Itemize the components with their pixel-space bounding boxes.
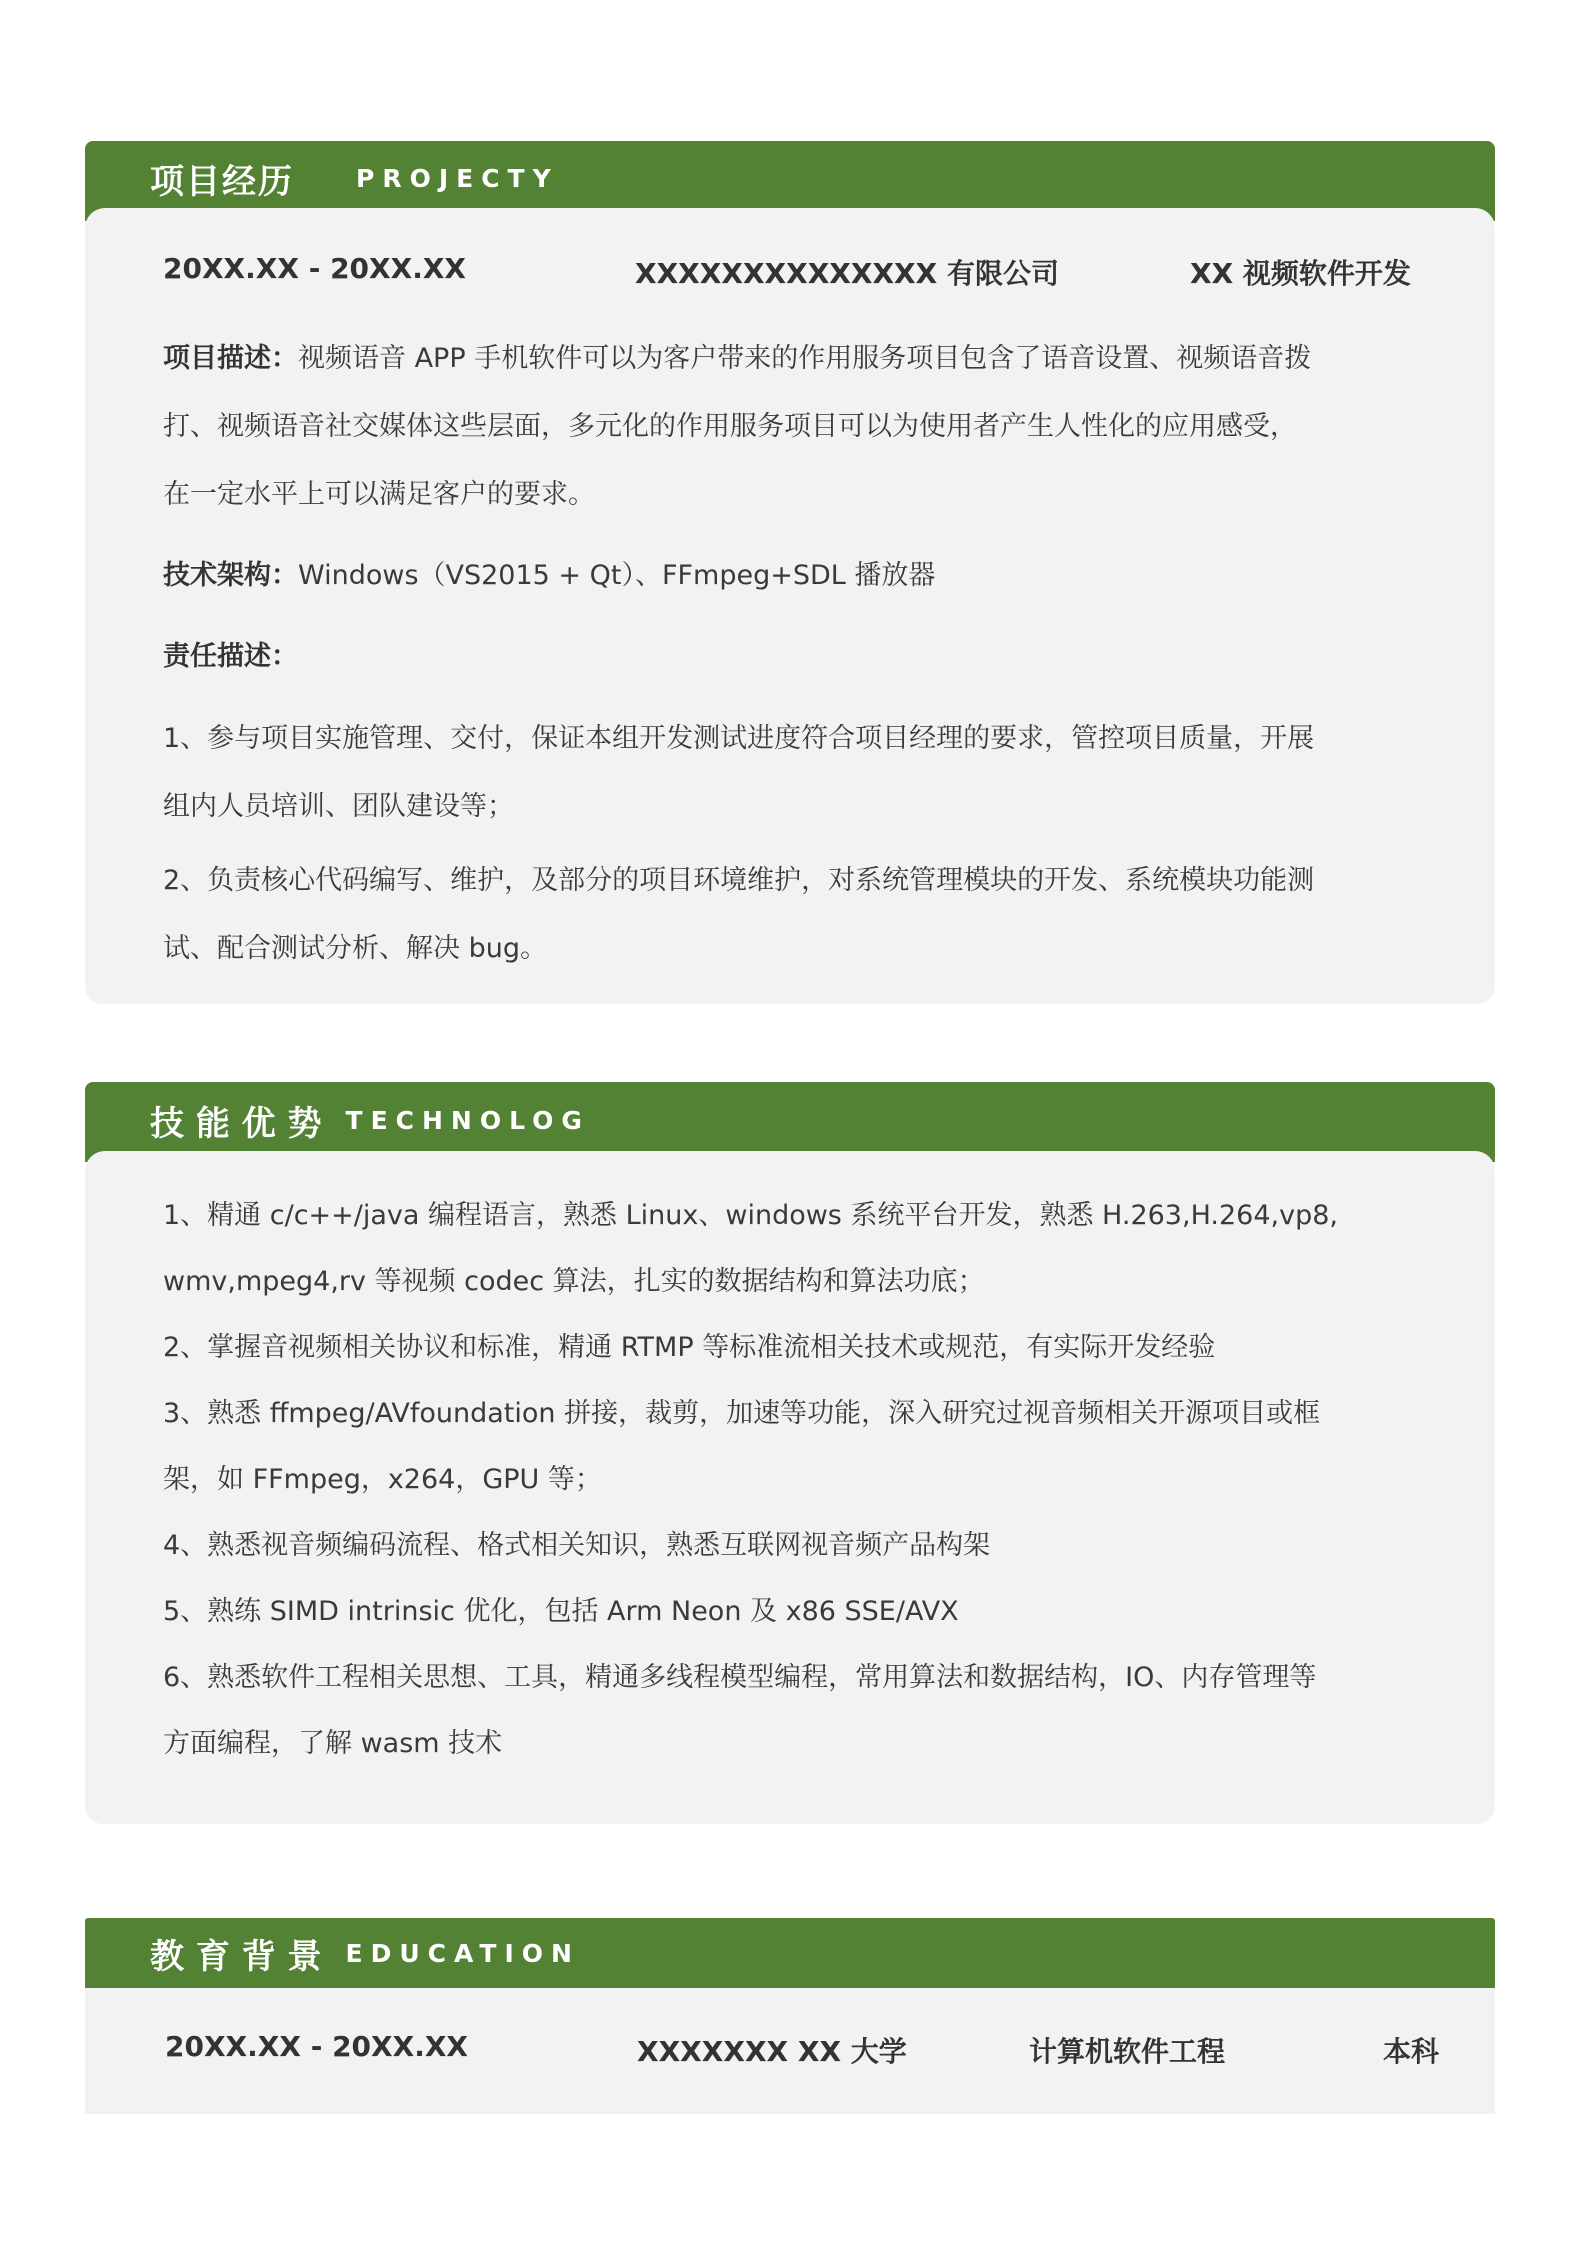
description-label: 项目描述： bbox=[163, 343, 298, 374]
project-description-line-2: 打、视频语音社交媒体这些层面，多元化的作用服务项目可以为使用者产生人性化的应用感… bbox=[163, 404, 1297, 443]
skills-card: 1、精通 c/c++/java 编程语言，熟悉 Linux、windows 系统… bbox=[85, 1151, 1495, 1824]
responsibility-line-4: 试、配合测试分析、解决 bug。 bbox=[163, 926, 547, 965]
education-section-header: 教 育 背 景 EDUCATION bbox=[85, 1918, 1495, 1988]
tech-label: 技术架构： bbox=[163, 560, 298, 591]
responsibility-line-1: 1、参与项目实施管理、交付，保证本组开发测试进度符合项目经理的要求，管控项目质量… bbox=[163, 716, 1314, 755]
tech-architecture: 技术架构：Windows（VS2015 + Qt）、FFmpeg+SDL 播放器 bbox=[163, 553, 935, 592]
skill-line-7: 5、熟练 SIMD intrinsic 优化，包括 Arm Neon 及 x86… bbox=[163, 1589, 959, 1628]
project-card: 20XX.XX - 20XX.XX XXXXXXXXXXXXXX 有限公司 XX… bbox=[85, 208, 1495, 1004]
skills-section-header: 技 能 优 势 TECHNOLOG bbox=[85, 1082, 1495, 1162]
skill-line-2: wmv,mpeg4,rv 等视频 codec 算法，扎实的数据结构和算法功底； bbox=[163, 1259, 985, 1298]
project-company: XXXXXXXXXXXXXX 有限公司 bbox=[635, 252, 1059, 292]
skill-line-6: 4、熟悉视音频编码流程、格式相关知识，熟悉互联网视音频产品构架 bbox=[163, 1523, 990, 1562]
skill-line-5: 架，如 FFmpeg，x264，GPU 等； bbox=[163, 1457, 602, 1496]
responsibility-label: 责任描述： bbox=[163, 634, 298, 673]
project-role: XX 视频软件开发 bbox=[1190, 252, 1411, 292]
responsibility-line-3: 2、负责核心代码编写、维护，及部分的项目环境维护，对系统管理模块的开发、系统模块… bbox=[163, 858, 1314, 897]
description-text: 视频语音 APP 手机软件可以为客户带来的作用服务项目包含了语音设置、视频语音拨 bbox=[298, 343, 1311, 374]
skill-line-8: 6、熟悉软件工程相关思想、工具，精通多线程模型编程，常用算法和数据结构，IO、内… bbox=[163, 1655, 1316, 1694]
education-title-cn: 教 育 背 景 bbox=[150, 1929, 322, 1978]
project-section: 项目经历 PROJECTY 20XX.XX - 20XX.XX XXXXXXXX… bbox=[85, 141, 1495, 1005]
education-card: 20XX.XX - 20XX.XX XXXXXXX XX 大学 计算机软件工程 … bbox=[85, 1988, 1495, 2114]
skill-line-1: 1、精通 c/c++/java 编程语言，熟悉 Linux、windows 系统… bbox=[163, 1193, 1338, 1232]
education-school: XXXXXXX XX 大学 bbox=[637, 2030, 907, 2070]
education-major: 计算机软件工程 bbox=[1029, 2030, 1225, 2070]
tech-value: Windows（VS2015 + Qt）、FFmpeg+SDL 播放器 bbox=[298, 560, 935, 591]
responsibility-line-2: 组内人员培训、团队建设等； bbox=[163, 784, 514, 823]
education-period: 20XX.XX - 20XX.XX bbox=[165, 2030, 468, 2063]
skills-title-en: TECHNOLOG bbox=[346, 1106, 590, 1135]
project-title-en: PROJECTY bbox=[356, 164, 559, 193]
project-title-cn: 项目经历 bbox=[150, 154, 294, 203]
skills-title-cn: 技 能 优 势 bbox=[150, 1096, 322, 1145]
skill-line-9: 方面编程，了解 wasm 技术 bbox=[163, 1721, 502, 1760]
project-period: 20XX.XX - 20XX.XX bbox=[163, 252, 466, 285]
education-section: 教 育 背 景 EDUCATION 20XX.XX - 20XX.XX XXXX… bbox=[85, 1918, 1495, 2114]
project-description-line-3: 在一定水平上可以满足客户的要求。 bbox=[163, 472, 595, 511]
project-description-line-1: 项目描述：视频语音 APP 手机软件可以为客户带来的作用服务项目包含了语音设置、… bbox=[163, 336, 1311, 375]
skills-section: 技 能 优 势 TECHNOLOG 1、精通 c/c++/java 编程语言，熟… bbox=[85, 1082, 1495, 1824]
education-title-en: EDUCATION bbox=[346, 1939, 580, 1968]
skill-line-3: 2、掌握音视频相关协议和标准，精通 RTMP 等标准流相关技术或规范，有实际开发… bbox=[163, 1325, 1215, 1364]
education-degree: 本科 bbox=[1383, 2030, 1439, 2070]
skill-line-4: 3、熟悉 ffmpeg/AVfoundation 拼接，裁剪，加速等功能，深入研… bbox=[163, 1391, 1320, 1430]
